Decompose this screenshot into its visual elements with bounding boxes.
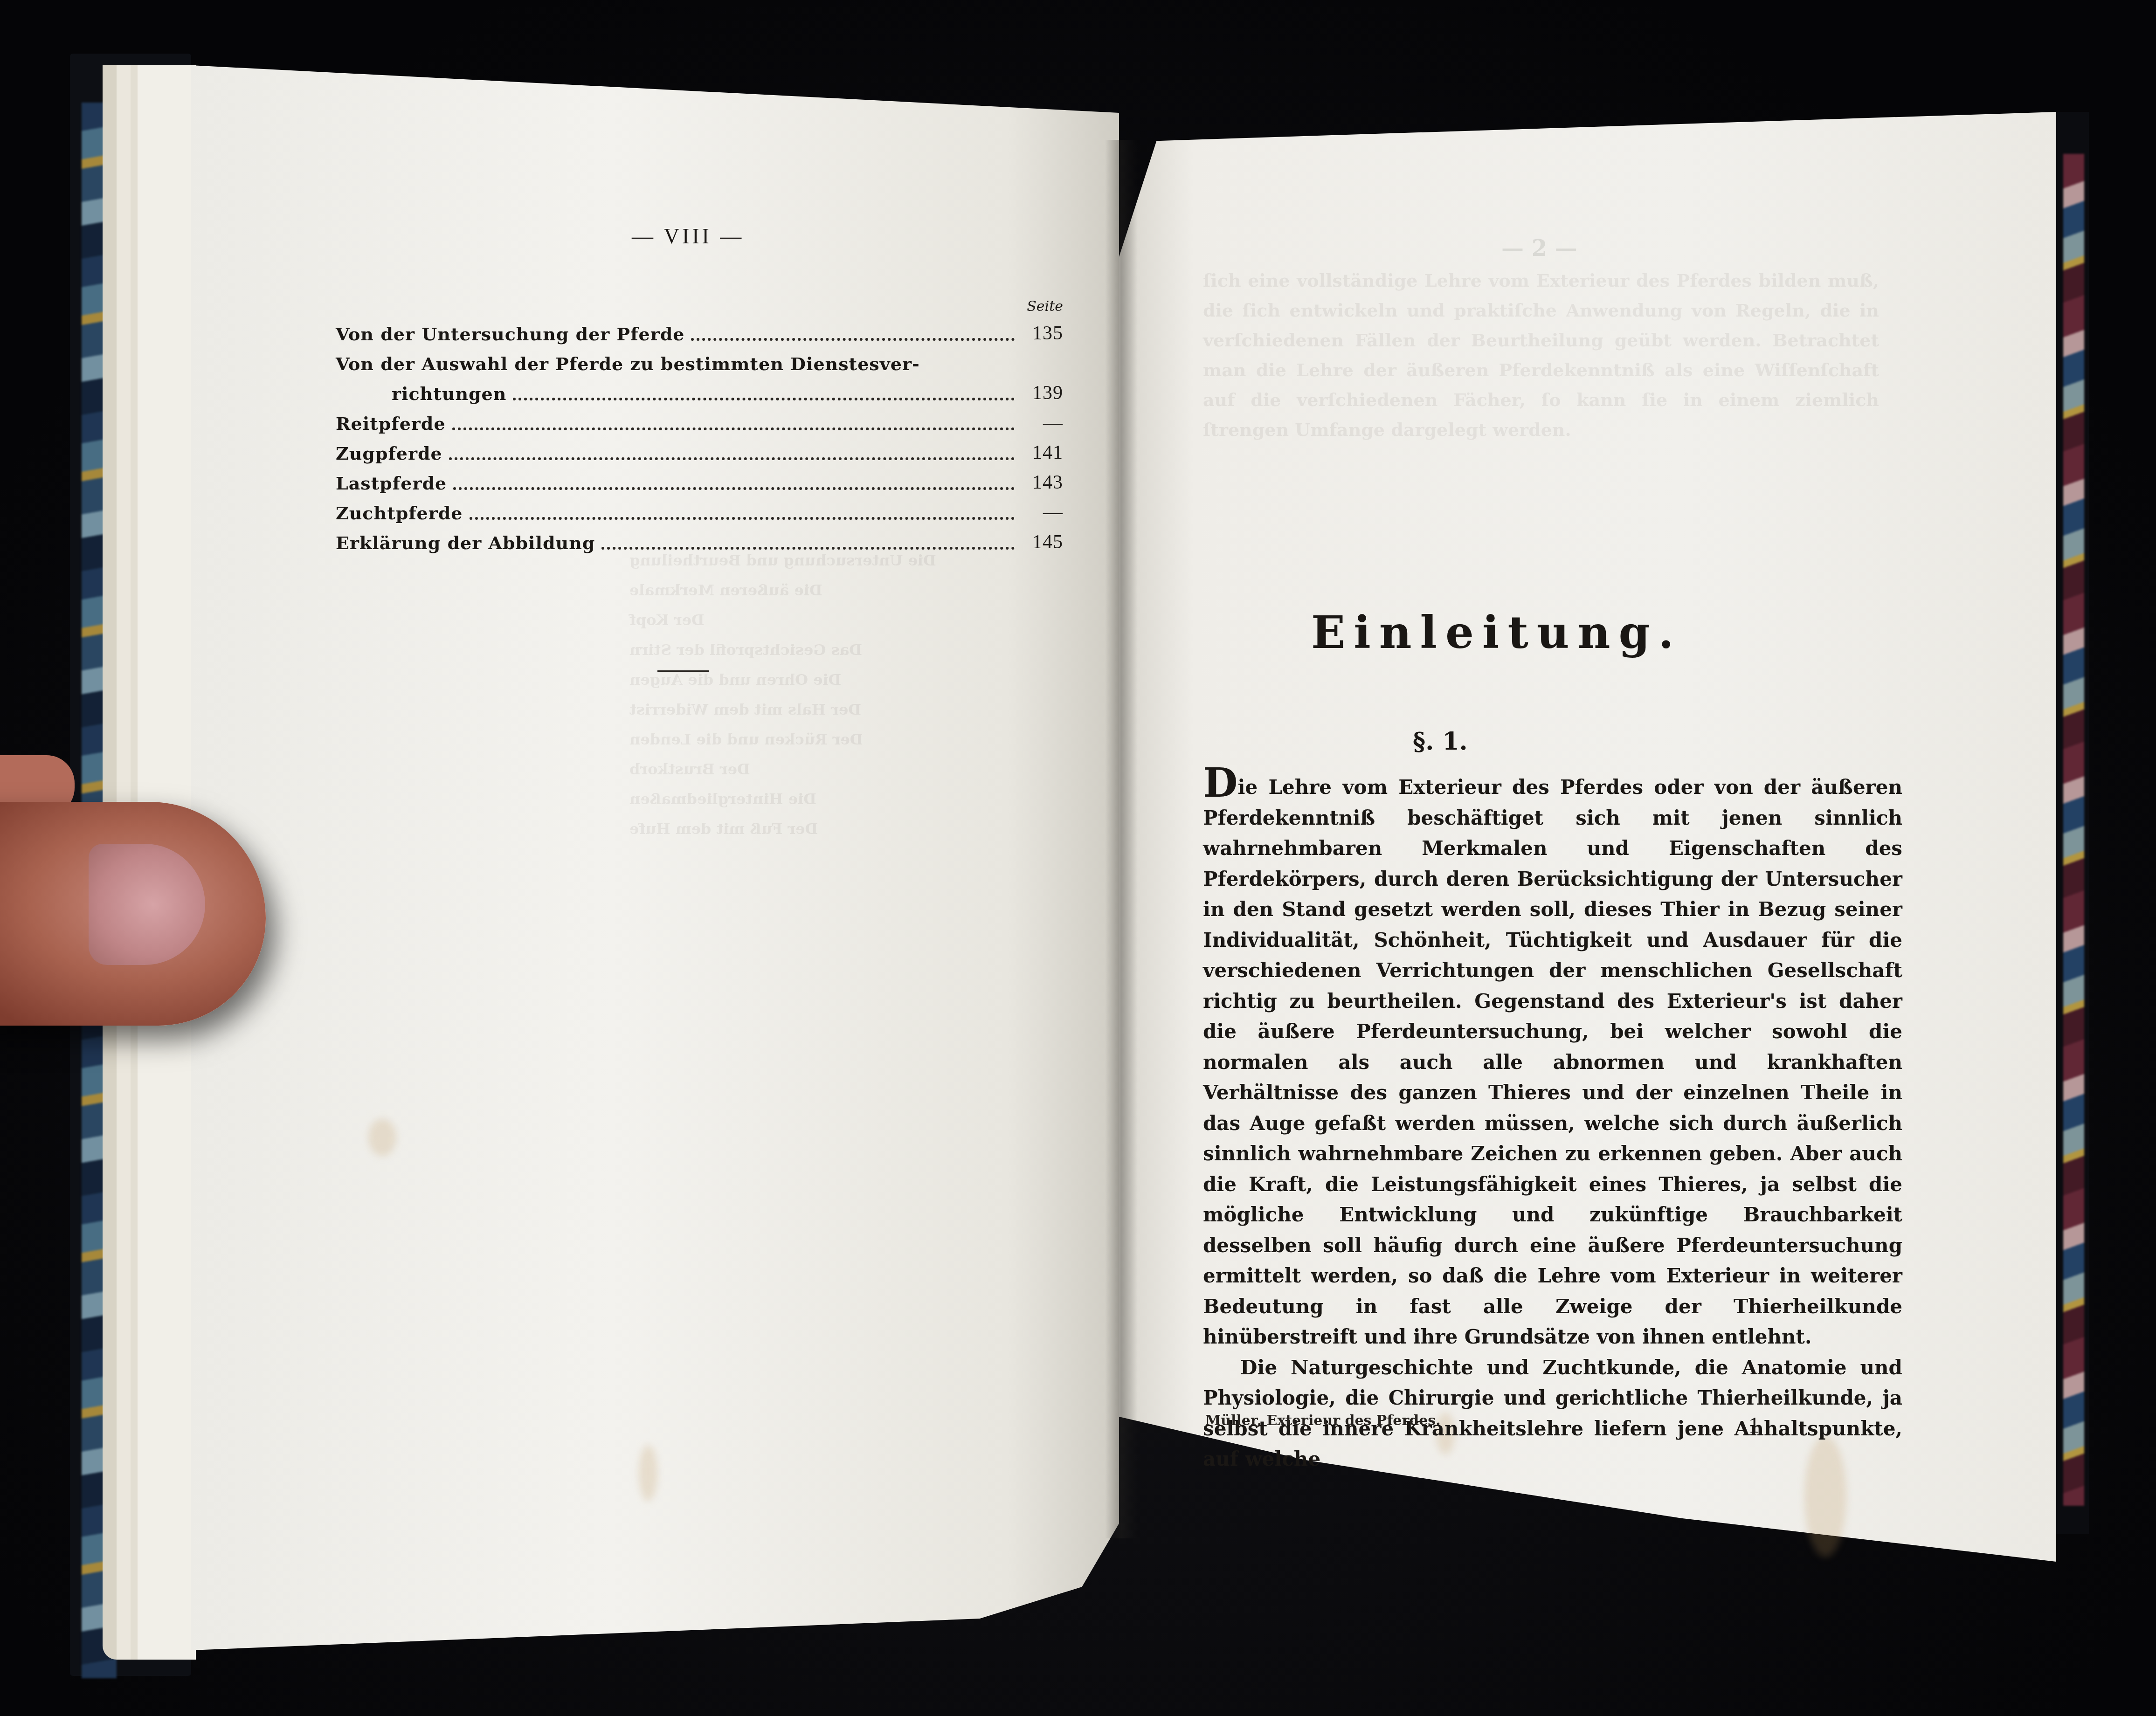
leader-dots [452, 427, 1015, 430]
toc-entry-page: — [1021, 501, 1063, 524]
toc-entry-title: richtungen [392, 383, 506, 404]
show-through-text-left: Die Untersuchung und BeurtheilungDie äuß… [629, 545, 1096, 844]
toc-entry-title: Lastpferde [336, 473, 447, 494]
toc-entry-page: 139 [1021, 382, 1063, 404]
foxing-stain [639, 1445, 657, 1501]
toc-entry[interactable]: Reitpferde — [336, 404, 1063, 434]
body-text: Die Lehre vom Exterieur des Pferdes oder… [1203, 769, 1902, 1475]
leader-dots [453, 487, 1015, 490]
toc-entry-title: Reitpferde [336, 413, 446, 434]
toc-entry-page: 141 [1021, 441, 1063, 464]
toc-entry-title: Von der Untersuchung der Pferde [336, 324, 684, 345]
thumb [0, 802, 266, 1026]
toc-entry-title: Zugpferde [336, 443, 442, 464]
signature-mark: 1 [1748, 1413, 1760, 1438]
toc-entry-title: Zuchtpferde [336, 503, 463, 524]
toc-entry-continuation[interactable]: richtungen 139 [336, 374, 1063, 404]
leader-dots [691, 338, 1015, 341]
show-through-text-right: ſich eine vollständige Lehre vom Exterie… [1203, 266, 1879, 445]
foxing-stain [368, 1119, 396, 1156]
toc-column-header: Seite [336, 298, 1063, 315]
toc-entry[interactable]: Zugpferde 141 [336, 434, 1063, 464]
marbled-edge-right [2063, 154, 2084, 1506]
toc-entry-title: Von der Auswahl der Pferde zu bestimmten… [336, 353, 920, 374]
leader-dots [470, 517, 1015, 520]
leader-dots [449, 457, 1015, 460]
toc-entry-page: — [1021, 412, 1063, 434]
paragraph-text: ie Lehre vom Exterieur des Pferdes oder … [1203, 776, 1902, 1348]
thumbnail [89, 844, 205, 965]
toc-entry-page: 145 [1021, 531, 1063, 553]
table-of-contents: Seite Von der Untersuchung der Pferde 13… [336, 298, 1063, 553]
chapter-heading: Einleitung. [1310, 606, 1683, 659]
drop-cap: D [1203, 759, 1238, 806]
paragraph: Die Lehre vom Exterieur des Pferdes oder… [1203, 769, 1902, 1352]
toc-entry[interactable]: Von der Untersuchung der Pferde 135 [336, 315, 1063, 345]
toc-entry[interactable]: Lastpferde 143 [336, 464, 1063, 494]
section-divider-rule [657, 670, 709, 672]
page-number-left: — VIII — [632, 224, 744, 248]
toc-entry-title: Erklärung der Abbildung [336, 532, 595, 553]
running-footer-title: Müller, Exterieur des Pferdes. [1205, 1413, 1441, 1429]
toc-entry[interactable]: Erklärung der Abbildung 145 [336, 524, 1063, 553]
section-number: §. 1. [1413, 727, 1468, 756]
toc-entry-page: 143 [1021, 471, 1063, 494]
toc-entry[interactable]: Von der Auswahl der Pferde zu bestimmten… [336, 345, 1063, 374]
toc-entry-page: 135 [1021, 322, 1063, 345]
book-gutter [1105, 140, 1138, 1538]
leader-dots [601, 546, 1015, 550]
leader-dots [926, 370, 1015, 371]
show-through-page-number: — 2 — [1501, 235, 1577, 262]
leader-dots [513, 397, 1015, 400]
toc-entry[interactable]: Zuchtpferde — [336, 494, 1063, 524]
